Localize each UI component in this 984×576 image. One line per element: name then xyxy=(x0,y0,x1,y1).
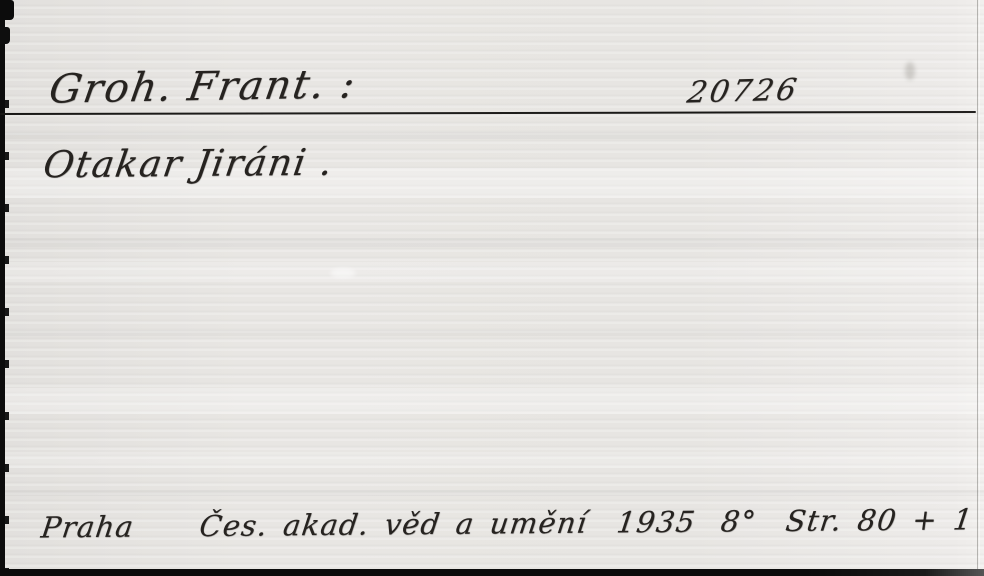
scan-smudge xyxy=(905,62,915,80)
scan-streak xyxy=(0,330,984,336)
imprint-line: Praha Čes. akad. věd a umění 1935 8° Str… xyxy=(39,502,984,545)
title-line: Otakar Jiráni . xyxy=(41,141,337,187)
imprint-year: 1935 xyxy=(615,505,698,540)
scan-bottom-edge xyxy=(0,569,984,576)
catalog-card-scan: Groh. Frant. : 20726 Otakar Jiráni . Pra… xyxy=(0,0,984,576)
imprint-publisher: Čes. akad. věd a umění xyxy=(197,506,589,543)
scan-streak xyxy=(0,262,984,282)
scan-left-edge-nubs xyxy=(0,60,9,576)
ruled-line xyxy=(0,111,976,115)
scan-left-edge xyxy=(0,0,5,576)
imprint-format: 8° xyxy=(719,504,759,538)
scan-streak xyxy=(0,388,984,414)
catalog-number: 20726 xyxy=(684,73,802,111)
scan-streak xyxy=(0,490,984,496)
imprint-place: Praha xyxy=(39,510,136,545)
card-right-edge xyxy=(977,0,978,569)
heading-author: Groh. Frant. : xyxy=(46,61,360,112)
imprint-collation: Str. 80 + 1 frsp. xyxy=(784,502,984,538)
scan-streak xyxy=(0,452,984,468)
scan-streak xyxy=(0,132,984,139)
scan-smudge xyxy=(330,268,356,278)
scan-streak xyxy=(0,238,984,247)
